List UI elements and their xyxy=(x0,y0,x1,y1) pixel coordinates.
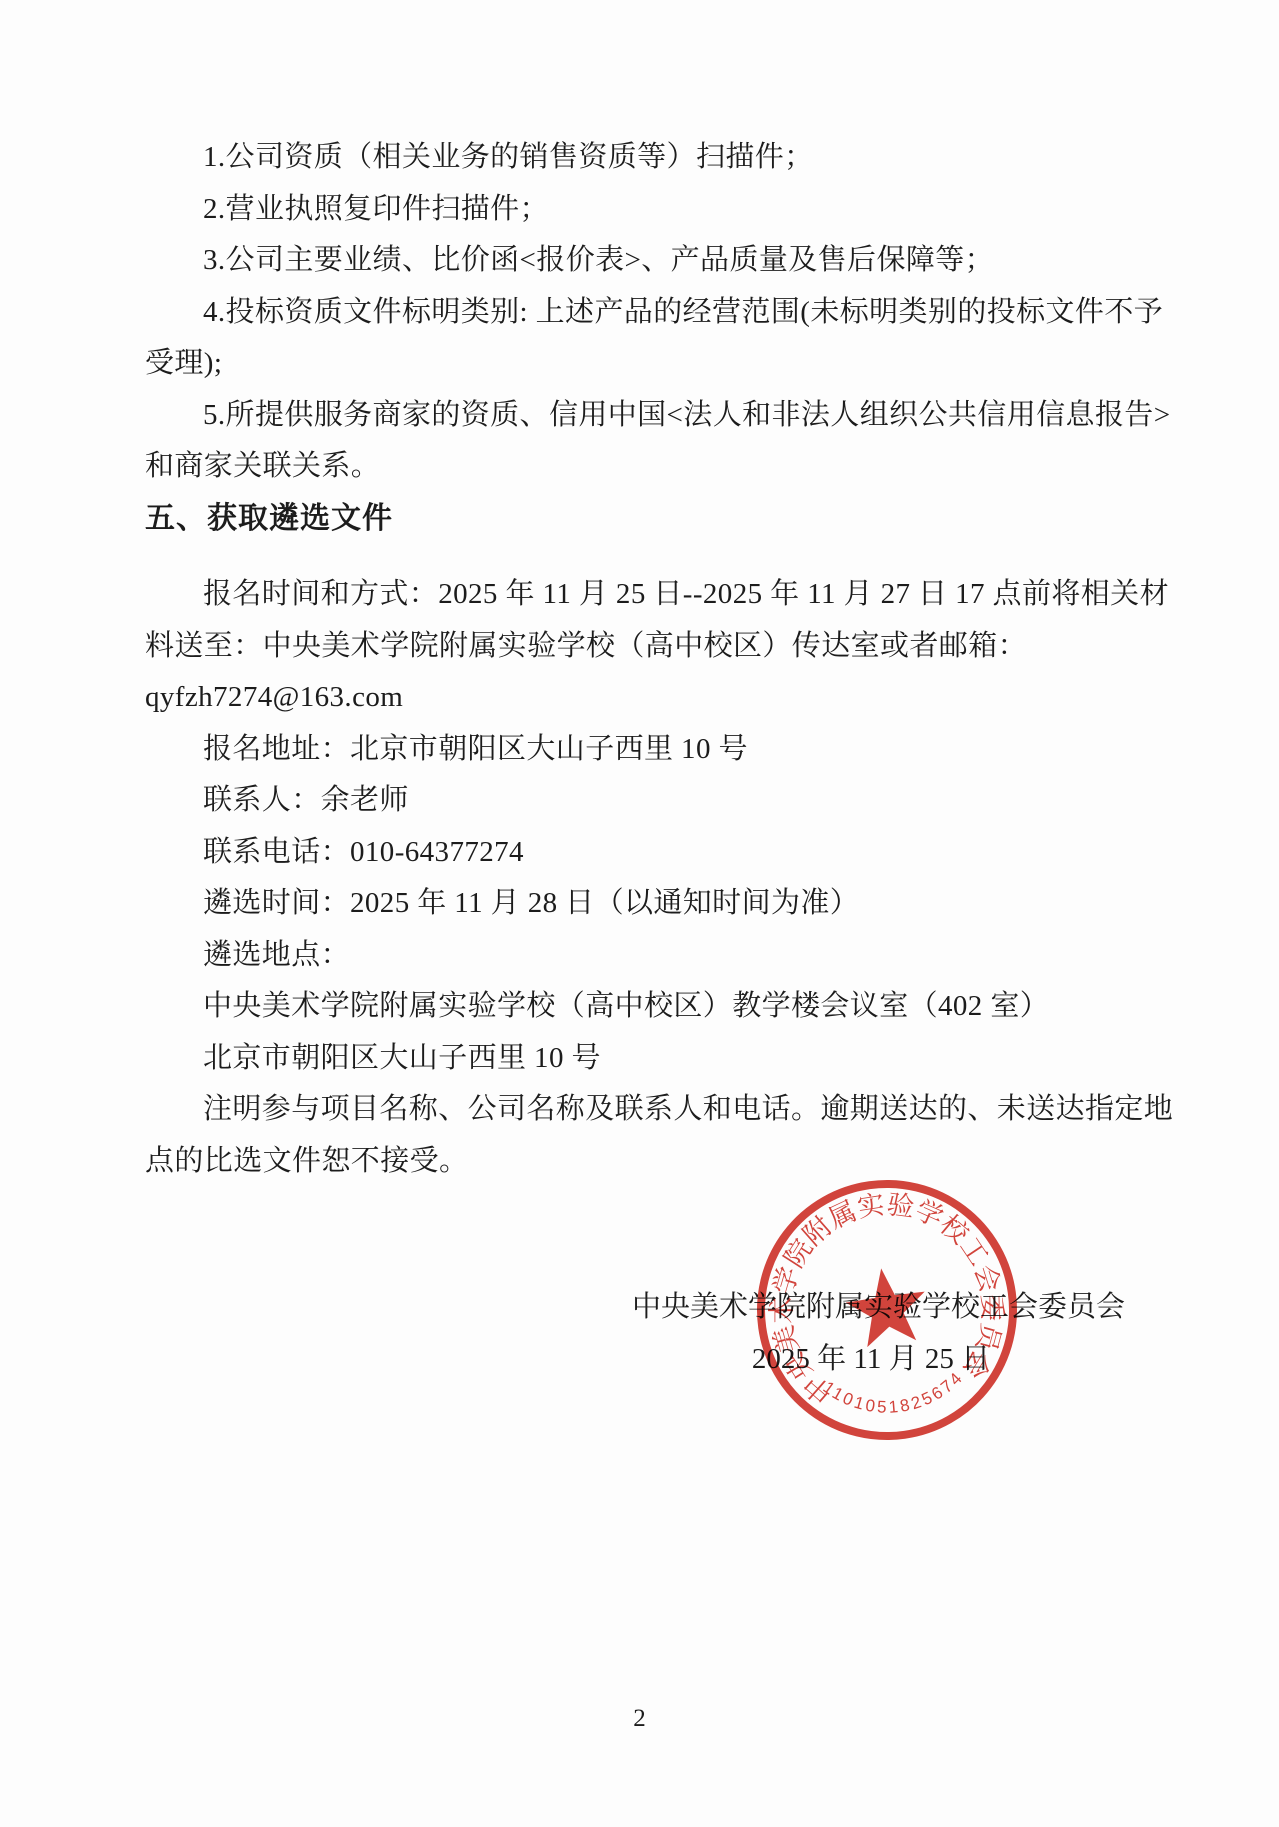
doc-line: 2.营业执照复印件扫描件； xyxy=(145,184,1137,236)
doc-line: 4.投标资质文件标明类别: 上述产品的经营范围(未标明类别的投标文件不予 xyxy=(145,287,1137,339)
doc-line: 1.公司资质（相关业务的销售资质等）扫描件； xyxy=(145,132,1137,184)
doc-line: 5.所提供服务商家的资质、信用中国<法人和非法人组织公共信用信息报告> xyxy=(145,390,1137,442)
signature-block: 中央美术学院附属实验学校工会委员会 2025 年 11 月 25 日 xyxy=(632,1281,1110,1385)
section-heading: 五、获取遴选文件 xyxy=(145,493,1137,545)
document-page: 1.公司资质（相关业务的销售资质等）扫描件； 2.营业执照复印件扫描件； 3.公… xyxy=(0,0,1279,1827)
phone-number-line: 联系电话：010-64377274 xyxy=(145,827,1137,879)
doc-line: 点的比选文件恕不接受。 xyxy=(145,1136,1137,1188)
doc-line: 北京市朝阳区大山子西里 10 号 xyxy=(145,1033,1137,1085)
doc-line: 3.公司主要业绩、比价函<报价表>、产品质量及售后保障等； xyxy=(145,235,1137,287)
doc-line: 遴选时间：2025 年 11 月 28 日（以通知时间为准） xyxy=(145,878,1137,930)
email-address: qyfzh7274@163.com xyxy=(145,672,1137,724)
document-body: 1.公司资质（相关业务的销售资质等）扫描件； 2.营业执照复印件扫描件； 3.公… xyxy=(145,132,1137,1187)
signature-date: 2025 年 11 月 25 日 xyxy=(632,1333,1110,1385)
doc-line: 报名时间和方式：2025 年 11 月 25 日--2025 年 11 月 27… xyxy=(145,569,1137,621)
doc-line: 料送至：中央美术学院附属实验学校（高中校区）传达室或者邮箱： xyxy=(145,621,1137,673)
doc-line: 和商家关联关系。 xyxy=(145,441,1137,493)
page-number: 2 xyxy=(0,1705,1279,1733)
doc-line: 中央美术学院附属实验学校（高中校区）教学楼会议室（402 室） xyxy=(145,981,1137,1033)
doc-line: 遴选地点： xyxy=(145,930,1137,982)
doc-line: 报名地址：北京市朝阳区大山子西里 10 号 xyxy=(145,724,1137,776)
doc-line: 受理); xyxy=(145,338,1137,390)
doc-line: 联系人：余老师 xyxy=(145,775,1137,827)
doc-line: 注明参与项目名称、公司名称及联系人和电话。逾期送达的、未送达指定地 xyxy=(145,1084,1137,1136)
signature-org: 中央美术学院附属实验学校工会委员会 xyxy=(632,1281,1110,1333)
